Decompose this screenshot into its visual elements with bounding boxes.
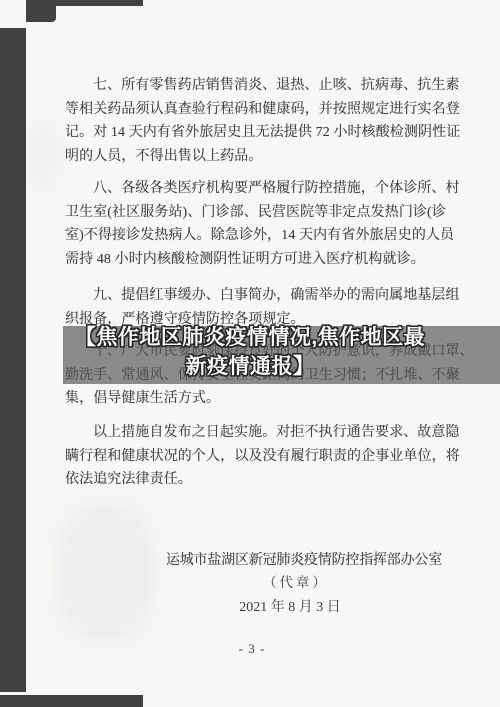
- text-line: 明的人员，不得出售以上药品。: [65, 145, 443, 169]
- scan-edge-top-left-blob: [26, 0, 56, 22]
- text-line: 卫生室(社区服务站)、门诊部、民营医院等非定点发热门诊(诊: [65, 201, 443, 225]
- text-line: 九、提倡红事缓办、白事简办，确需举办的需向属地基层组: [65, 284, 443, 308]
- issuing-office-signature: 运城市盐湖区新冠肺炎疫情防控指挥部办公室: [65, 549, 442, 572]
- scan-smudge: [30, 120, 56, 190]
- text-line: 记。对 14 天内有省外旅居史且无法提供 72 小时核酸检测阴性证: [65, 121, 443, 145]
- text-line: 以上措施自发布之日起实施。对拒不执行通告要求、故意隐: [65, 421, 443, 445]
- issue-date: 2021 年 8 月 3 日: [190, 597, 390, 619]
- page-number: - 3 -: [202, 639, 302, 659]
- text-line: 依法追究法律责任。: [65, 468, 443, 492]
- text-line: 瞒行程和健康状况的个人，以及没有履行职责的企事业单位，将: [65, 445, 443, 469]
- paragraph-closing: 以上措施自发布之日起实施。对拒不执行通告要求、故意隐 瞒行程和健康状况的个人，以…: [65, 421, 443, 492]
- scan-edge-bottom-strip: [0, 695, 143, 707]
- text-line: 室)不得接诊发热病人。除急诊外，14 天内有省外旅居史的人员: [65, 224, 443, 248]
- scan-smudge: [58, 505, 153, 640]
- caption-overlay-title: 【焦作地区肺炎疫情情况,焦作地区最 新疫情通报】: [0, 323, 500, 381]
- caption-title-line-2: 新疫情通报】: [0, 352, 500, 381]
- seal-note: （代章）: [246, 572, 346, 594]
- scan-edge-top-strip: [56, 0, 143, 6]
- text-line: 七、所有零售药店销售消炎、退热、止咳、抗病毒、抗生素: [65, 74, 443, 98]
- text-line: 等相关药品须认真查验行程码和健康码，并按照规定进行实名登: [65, 98, 443, 122]
- text-line: 需持 48 小时内核酸检测阴性证明方可进入医疗机构就诊。: [65, 248, 443, 272]
- text-line: 八、各级各类医疗机构要严格履行防控措施，个体诊所、村: [65, 177, 443, 201]
- text-line: 集，倡导健康生活方式。: [65, 387, 443, 411]
- paragraph-eight: 八、各级各类医疗机构要严格履行防控措施，个体诊所、村 卫生室(社区服务站)、门诊…: [65, 177, 443, 271]
- paragraph-seven: 七、所有零售药店销售消炎、退热、止咳、抗病毒、抗生素 等相关药品须认真查验行程码…: [65, 74, 443, 168]
- scanned-notice-page: 七、所有零售药店销售消炎、退热、止咳、抗病毒、抗生素 等相关药品须认真查验行程码…: [0, 0, 500, 707]
- caption-title-line-1: 【焦作地区肺炎疫情情况,焦作地区最: [0, 323, 500, 352]
